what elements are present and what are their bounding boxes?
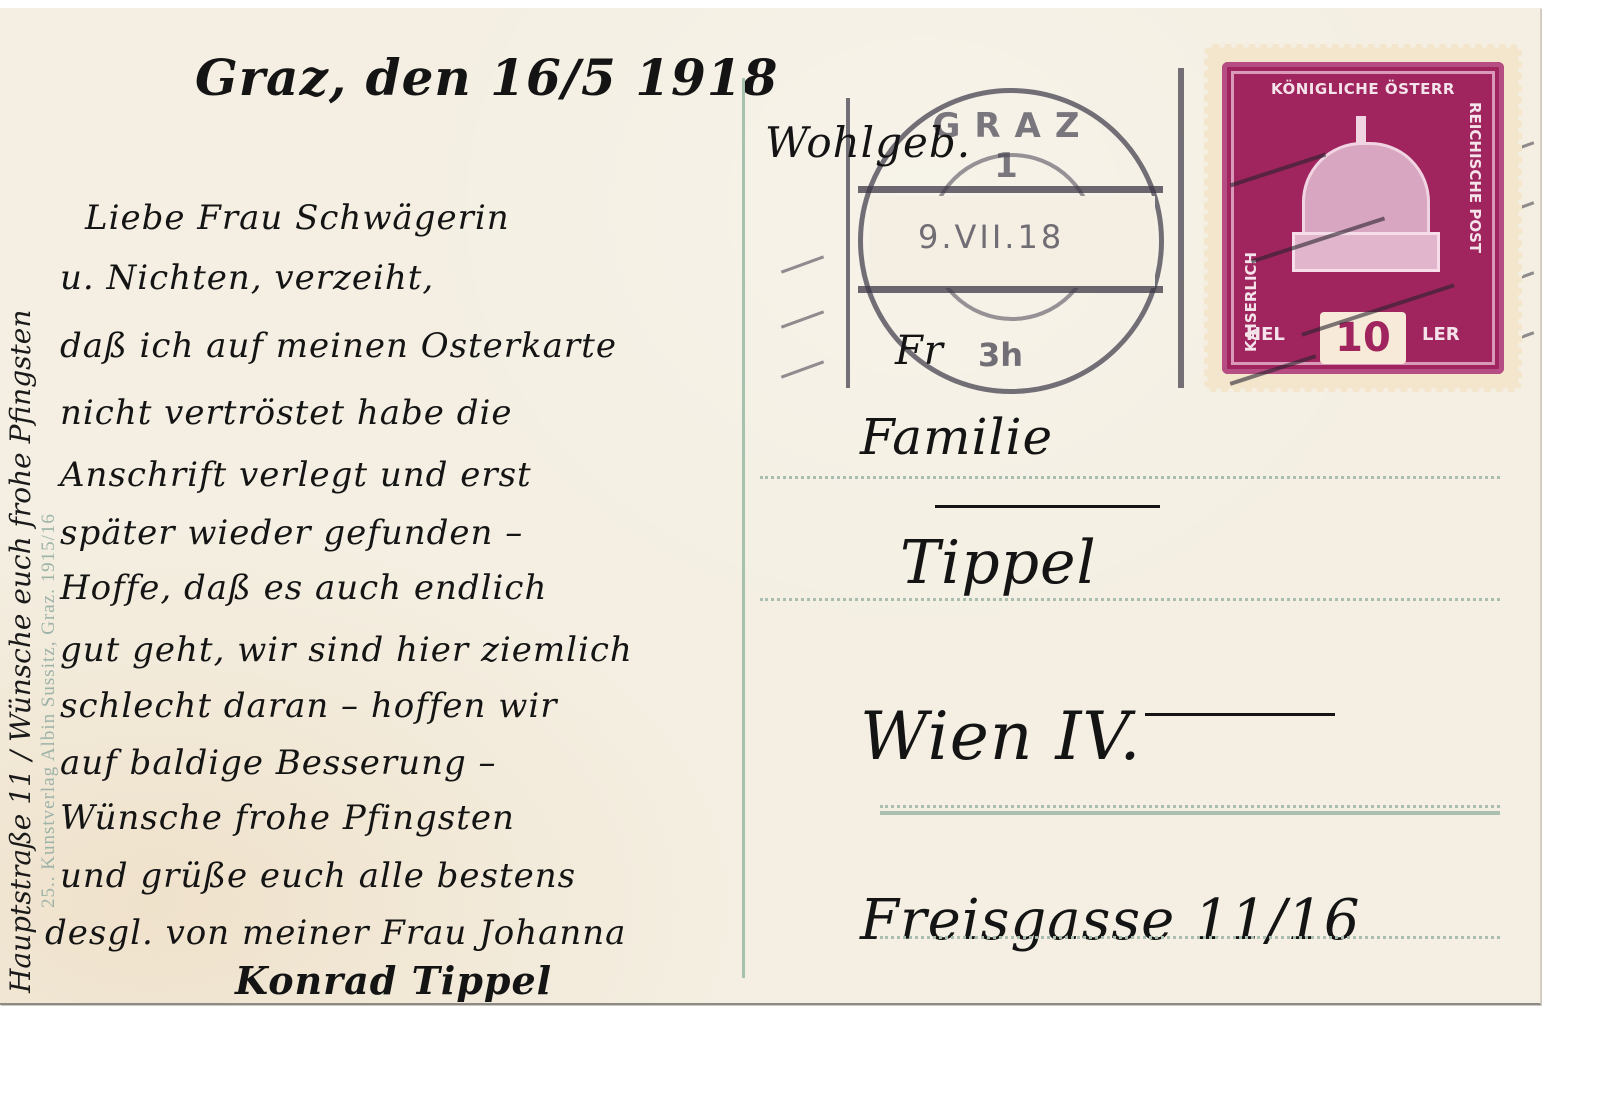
address-solid-line xyxy=(880,811,1500,815)
message-line: Wünsche frohe Pfingsten xyxy=(60,798,515,838)
address-recipient-line1: Familie xyxy=(860,408,1053,466)
message-line: schlecht daran – hoffen wir xyxy=(60,686,557,726)
postmark-time: 3h xyxy=(978,336,1023,374)
address-dotted-line xyxy=(760,476,1500,479)
postmark-date: 9.VII.18 xyxy=(918,218,1118,256)
address-street: Freisgasse 11/16 xyxy=(860,888,1360,953)
message-line: auf baldige Besserung – xyxy=(60,743,497,783)
stamp-right-text: REICHISCHE POST xyxy=(1466,102,1484,253)
address-dotted-line xyxy=(880,805,1500,808)
address-prefix: Fr xyxy=(895,328,944,374)
cancel-wave xyxy=(781,255,824,273)
address-city: Wien IV. xyxy=(860,698,1142,775)
publisher-imprint: 25.. Kunstverlag Albin Sussitz, Graz. 19… xyxy=(38,513,60,908)
postmark-bar xyxy=(858,186,1163,193)
name-overline xyxy=(935,505,1160,508)
message-line: Hoffe, daß es auch endlich xyxy=(60,568,547,608)
message-line: daß ich auf meinen Osterkarte xyxy=(60,326,617,366)
stamp-design: KÖNIGLICHE ÖSTERR KAISERLICH REICHISCHE … xyxy=(1222,62,1504,374)
stamp-value-box: 10 xyxy=(1320,312,1406,364)
signature: Konrad Tippel xyxy=(235,958,552,1003)
district-overline xyxy=(1145,713,1335,716)
address-salutation: Wohlgeb. xyxy=(765,118,971,167)
postmark-bar xyxy=(858,286,1163,293)
message-line: desgl. von meiner Frau Johanna xyxy=(45,913,626,953)
stamp-unit-left: HEL xyxy=(1246,324,1285,345)
address-recipient-line2: Tippel xyxy=(900,528,1097,598)
message-line: Anschrift verlegt und erst xyxy=(60,455,532,495)
message-line: Liebe Frau Schwägerin xyxy=(85,198,510,238)
message-line: gut geht, wir sind hier ziemlich xyxy=(60,630,633,670)
message-line: und grüße euch alle bestens xyxy=(60,856,576,896)
postcard: 25.. Kunstverlag Albin Sussitz, Graz. 19… xyxy=(0,8,1541,1005)
center-divider xyxy=(742,78,745,978)
message-line: später wieder gefunden – xyxy=(60,513,523,553)
cancel-bar xyxy=(1178,68,1184,388)
crown-icon xyxy=(1292,122,1434,272)
dateline: Graz, den 16/5 1918 xyxy=(195,48,778,107)
message-line: u. Nichten, verzeiht, xyxy=(60,258,434,298)
margin-note: Hauptstraße 11 / Wünsche euch frohe Pfin… xyxy=(4,310,37,993)
cancel-wave xyxy=(781,310,824,328)
cancel-wave xyxy=(781,360,824,378)
address-dotted-line xyxy=(760,598,1500,601)
stamp-top-text: KÖNIGLICHE ÖSTERR xyxy=(1222,80,1504,98)
address-dotted-line xyxy=(880,936,1500,939)
message-line: nicht vertröstet habe die xyxy=(60,393,512,433)
postage-stamp: KÖNIGLICHE ÖSTERR KAISERLICH REICHISCHE … xyxy=(1208,48,1518,388)
stamp-unit-right: LER xyxy=(1422,324,1460,345)
